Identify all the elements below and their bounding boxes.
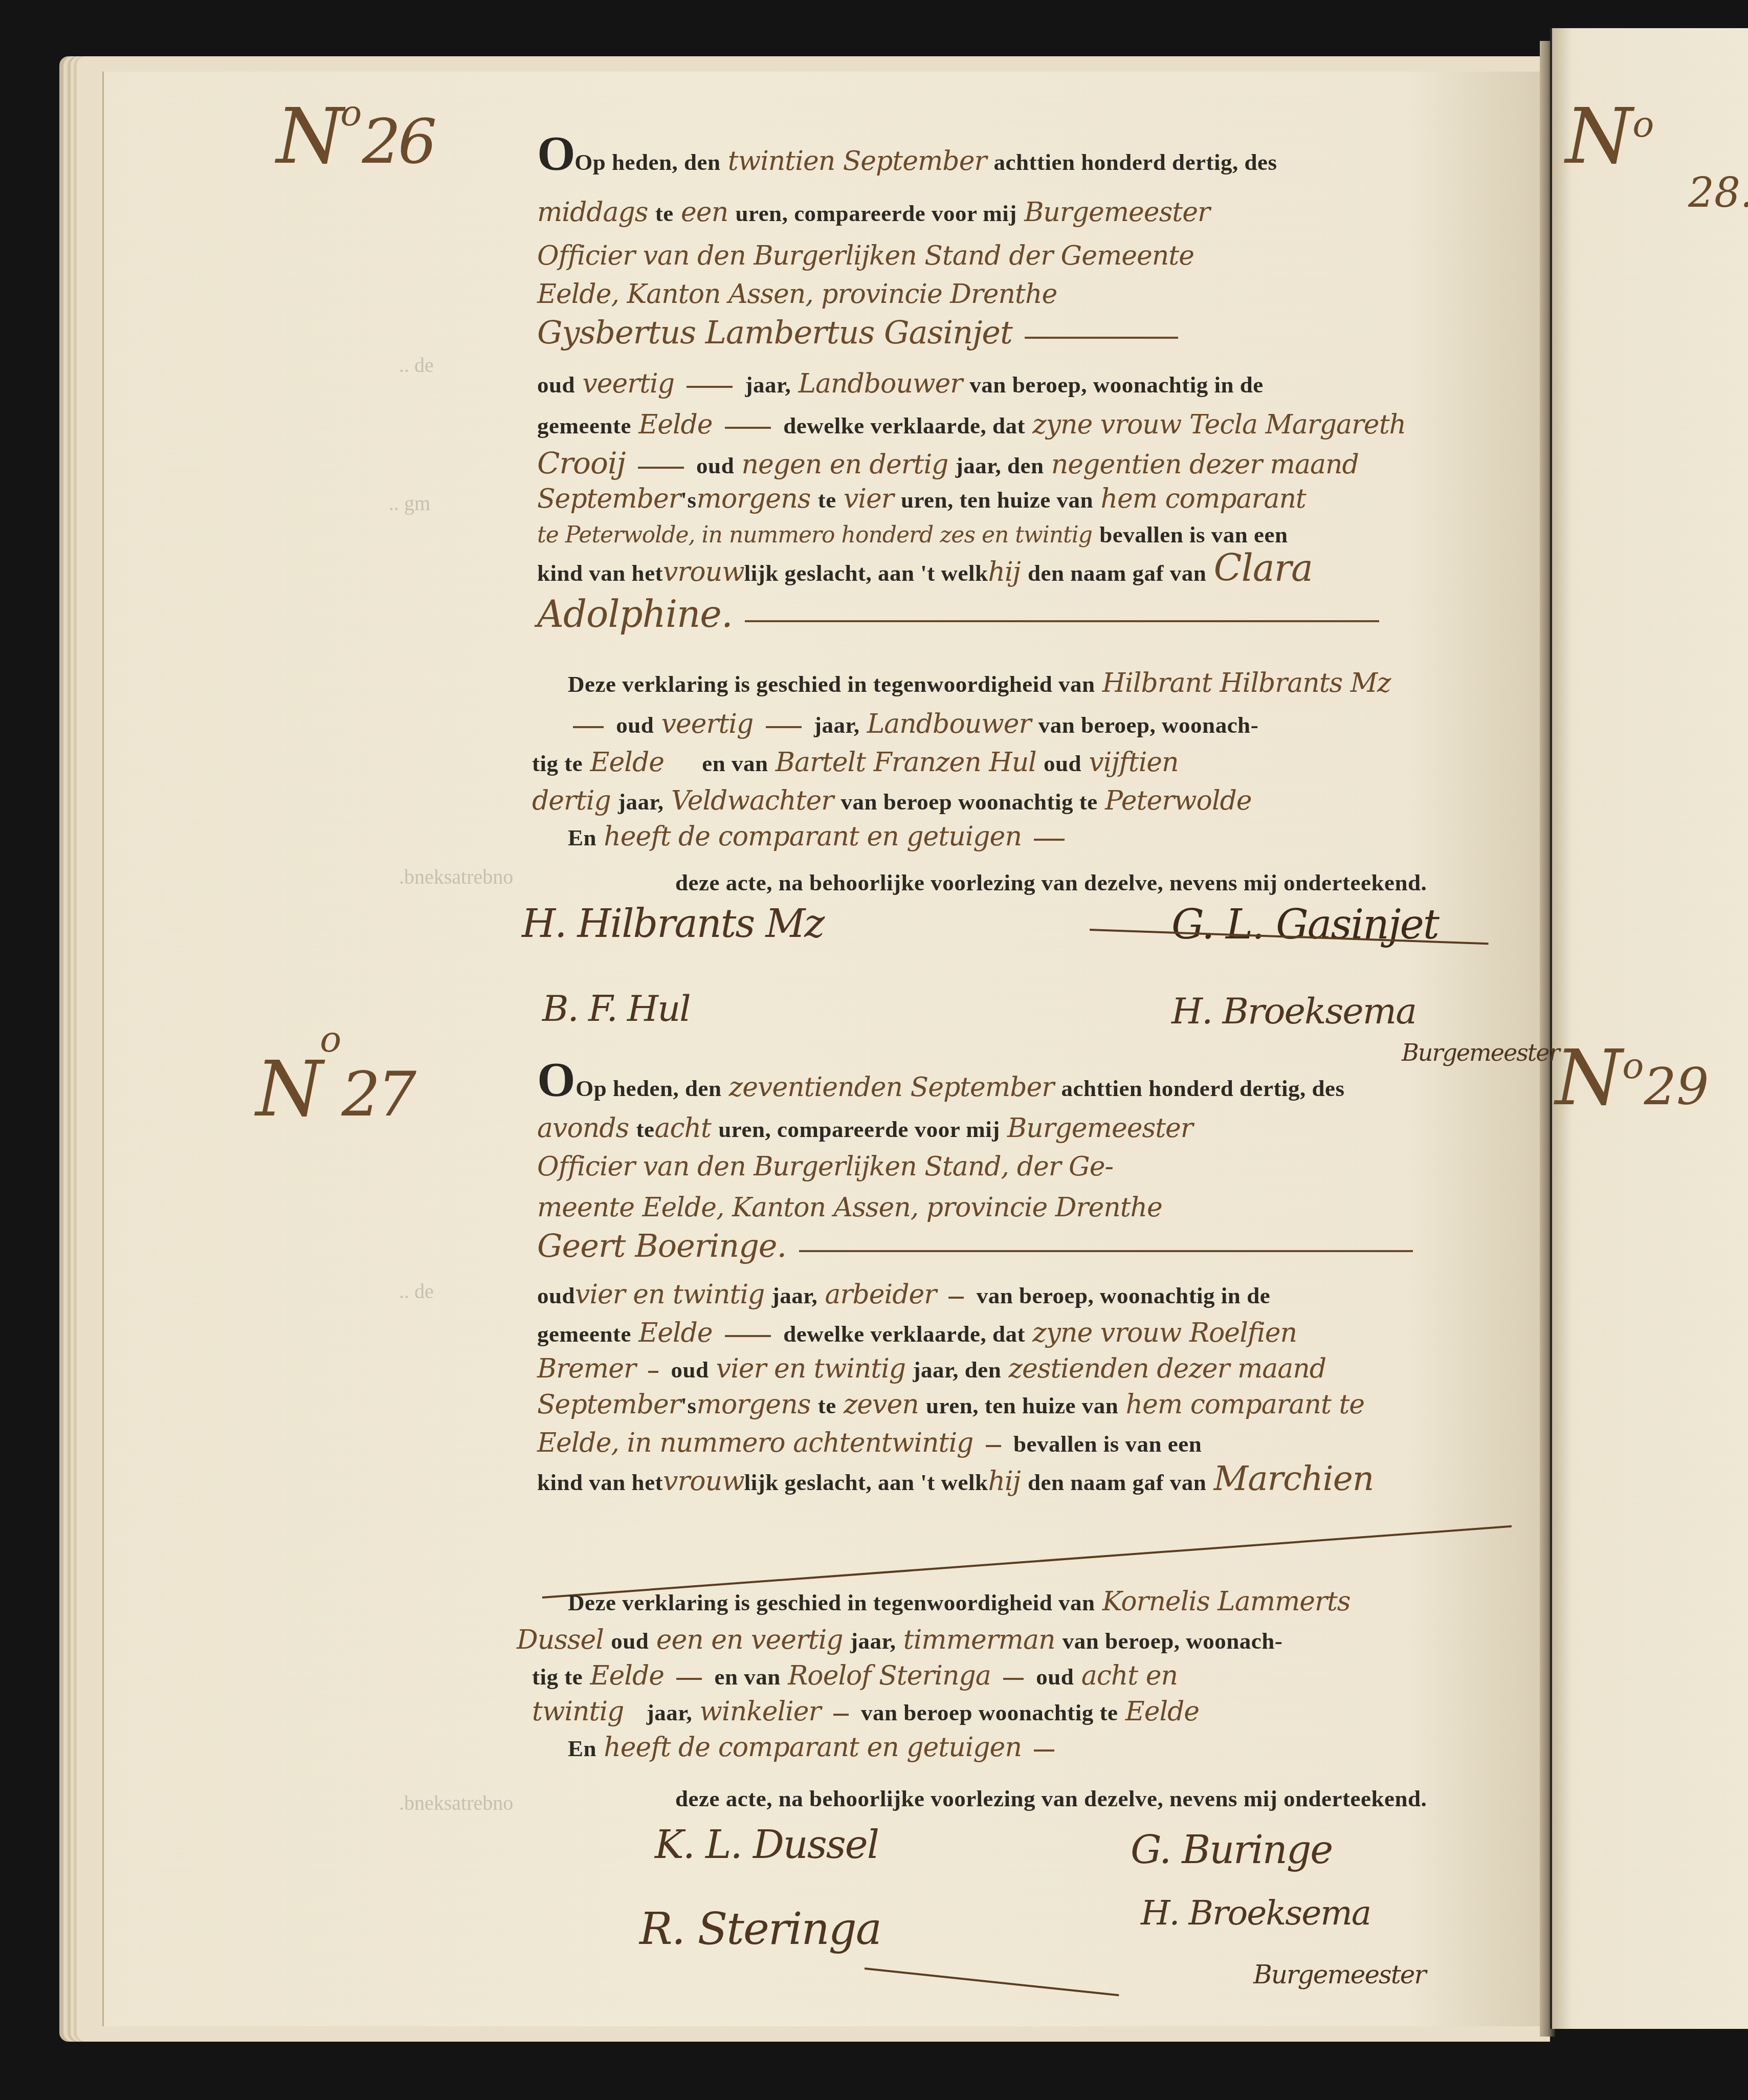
signature-registrar: H. Broeksema <box>1141 1893 1370 1933</box>
entry27-line5: Geert Boeringe. <box>537 1231 1519 1264</box>
entry-number-29: No29 <box>1555 1034 1709 1123</box>
signature-witness-1: K. L. Dussel <box>655 1822 878 1867</box>
entry27-line9: September'smorgens te zeven uren, ten hu… <box>537 1389 1519 1421</box>
entry27-witness3: tig te Eelde en van Roelof Steringa oud … <box>532 1660 1514 1692</box>
entry26-line7: gemeente Eelde dewelke verklaarde, dat z… <box>537 409 1519 441</box>
entry26-line12: Adolphine. <box>537 599 1519 635</box>
signature-witness-2: R. Steringa <box>639 1904 881 1955</box>
entry27-line7: gemeente Eelde dewelke verklaarde, dat z… <box>537 1318 1519 1349</box>
entry27-line10: Eelde, in nummero achtentwintig bevallen… <box>537 1428 1519 1459</box>
fill-line <box>1003 1678 1024 1680</box>
entry27-witness4: twintig jaar, winkelier van beroep woona… <box>532 1696 1514 1728</box>
drop-cap: O <box>537 126 576 181</box>
entry-number-27: No27 <box>256 1018 413 1134</box>
entry26-witness5: En heeft de comparant en getuigen <box>568 821 1550 853</box>
entry27-line11: kind van hetvrouwlijk geslacht, aan 't w… <box>537 1463 1519 1498</box>
entry-number-26: No26 <box>276 92 434 181</box>
fill-line <box>766 726 802 728</box>
signature-title: Burgemeester <box>1402 1039 1559 1066</box>
bleed-through-text: .bneksatrebno <box>399 1791 513 1815</box>
entry26-witness2: oud veertig jaar, Landbouwer van beroep,… <box>568 709 1550 740</box>
bleed-through-text: .. gm <box>389 491 430 515</box>
fill-line <box>638 467 684 469</box>
entry27-line1: OOp heden, den zeventienden September ac… <box>537 1064 1519 1104</box>
entry27-line8: Bremer oud vier en twintig jaar, den zes… <box>537 1353 1519 1385</box>
entry27-witness1: Deze verklaring is geschied in tegenwoor… <box>568 1586 1550 1618</box>
entry27-witness2: Dussel oud een en veertig jaar, timmerma… <box>517 1625 1499 1656</box>
entry-number-28: No 28. <box>1565 92 1654 181</box>
fill-line <box>833 1714 849 1716</box>
fill-line <box>725 1335 771 1337</box>
entry26-line4: Eelde, Kanton Assen, provincie Drenthe <box>537 279 1519 311</box>
entry27-closing: deze acte, na behoorlijke voorlezing van… <box>675 1783 1657 1814</box>
entry26-line2: middags te een uren, compareerde voor mi… <box>537 197 1519 229</box>
fill-line <box>676 1678 702 1680</box>
fill-line <box>1034 839 1065 841</box>
entry26-witness1: Deze verklaring is geschied in tegenwoor… <box>568 668 1550 699</box>
entry26-line5: Gysbertus Lambertus Gasinjet <box>537 317 1519 351</box>
entry26-line9: September'smorgens te vier uren, ten hui… <box>537 484 1519 515</box>
entry27-line4: meente Eelde, Kanton Assen, provincie Dr… <box>537 1192 1519 1224</box>
entry26-witness3: tig te Eelde en van Bartelt Franzen Hul … <box>532 747 1514 779</box>
entry27-witness5: En heeft de comparant en getuigen <box>568 1732 1550 1764</box>
fill-line <box>1025 337 1178 339</box>
entry27-line6: oudvier en twintig jaar, arbeider van be… <box>537 1279 1519 1311</box>
fill-line <box>725 427 771 429</box>
right-page <box>1550 28 1748 2029</box>
fill-line <box>1034 1749 1054 1752</box>
entry26-line1: OOp heden, den twintien September achtti… <box>537 138 1519 178</box>
entry26-line11: kind van hetvrouwlijk geslacht, aan 't w… <box>537 553 1519 588</box>
entry27-line2: avonds teacht uren, compareerde voor mij… <box>537 1113 1519 1145</box>
drop-cap: O <box>537 1052 576 1107</box>
entry26-line3: Officier van den Burgerlijken Stand der … <box>537 240 1519 272</box>
fill-line <box>948 1297 964 1299</box>
signature-witness-1: H. Hilbrants Mz <box>522 901 824 946</box>
fill-line <box>799 1250 1413 1252</box>
fill-line <box>573 726 604 728</box>
signature-title: Burgemeester <box>1253 1960 1425 1989</box>
entry27-line3: Officier van den Burgerlijken Stand, der… <box>537 1151 1519 1183</box>
signature-registrar: H. Broeksema <box>1171 990 1416 1032</box>
bleed-through-text: .. de <box>399 353 434 377</box>
fill-line <box>687 386 733 388</box>
bleed-through-text: .. de <box>399 1279 434 1303</box>
entry26-line10: te Peterwolde, in nummero honderd zes en… <box>537 519 1519 551</box>
signature-witness-2: B. F. Hul <box>542 988 690 1030</box>
signature-father: G. Buringe <box>1131 1827 1332 1872</box>
entry26-closing: deze acte, na behoorlijke voorlezing van… <box>675 867 1657 898</box>
fill-line <box>986 1445 1001 1447</box>
entry26-line8: Crooij oud negen en dertig jaar, den neg… <box>537 448 1519 481</box>
fill-line <box>648 1371 658 1373</box>
entry26-witness4: dertig jaar, Veldwachter van beroep woon… <box>532 785 1514 817</box>
entry26-line6: oud veertig jaar, Landbouwer van beroep,… <box>537 368 1519 400</box>
bleed-through-text: .bneksatrebno <box>399 865 513 889</box>
fill-line <box>745 620 1379 622</box>
